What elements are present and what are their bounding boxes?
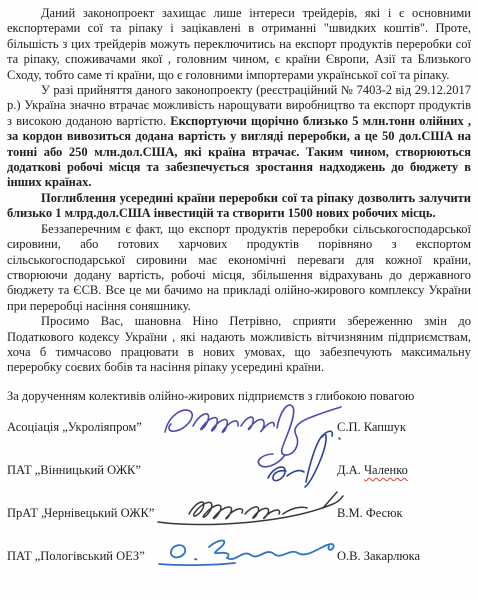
signer-surname: Капшук [364, 420, 406, 434]
paragraph: Поглиблення усередині країни переробки с… [7, 191, 471, 222]
paragraph: Просимо Вас, шановна Ніно Петрівно, спри… [7, 314, 471, 376]
handwritten-signature-chalenko-icon [260, 428, 348, 490]
signer-name: В.М. Фесюк [337, 506, 469, 521]
org-name: ПАТ „Пологівський ОЕЗ” [7, 549, 145, 564]
paragraph: Даний законопроект захищає лише інтереси… [7, 6, 471, 83]
document-page: Даний законопроект захищає лише інтереси… [0, 0, 478, 600]
text-run: Беззаперечним є факт, що експорт продукт… [7, 222, 471, 313]
signer-initials: О.В. [337, 549, 361, 563]
text-run: Даний законопроект захищає лише інтереси… [7, 6, 471, 82]
org-name: Асоціація „Укроліяпром” [7, 420, 142, 435]
org-name: ПАТ „Вінницький ОЖК” [7, 463, 141, 478]
paragraph: Беззаперечним є факт, що експорт продукт… [7, 222, 471, 314]
signer-surname: Закарлюка [364, 549, 420, 563]
org-name: ПрАТ „Чернівецький ОЖК” [7, 506, 154, 521]
signature-row-ukroliaprom: Асоціація „Укроліяпром” С.П. Капшук [7, 420, 469, 435]
signer-name: О.В. Закарлюка [337, 549, 469, 564]
signature-row-vinnytskyi: ПАТ „Вінницький ОЖК” Д.А. Чаленко [7, 463, 469, 478]
text-run: Просимо Вас, шановна Ніно Петрівно, спри… [7, 314, 471, 374]
closing-line: За дорученням колективів олійно-жирових … [7, 389, 471, 404]
signer-initials: Д.А. [337, 463, 361, 477]
signer-name: Д.А. Чаленко [337, 463, 469, 478]
paragraph: У разі прийняття даного законопроекту (р… [7, 83, 471, 191]
signer-initials: С.П. [337, 420, 361, 434]
signer-name: С.П. Капшук [337, 420, 469, 435]
signer-surname: Фесюк [366, 506, 403, 520]
letter-body: Даний законопроект захищає лише інтереси… [7, 6, 471, 376]
signer-surname: Чаленко [364, 463, 408, 477]
text-run: Поглиблення усередині країни переробки с… [7, 191, 471, 220]
signature-row-polohivskyi: ПАТ „Пологівський ОЕЗ” О.В. Закарлюка [7, 549, 469, 564]
signature-block: Асоціація „Укроліяпром” С.П. Капшук ПАТ … [7, 408, 471, 573]
signature-row-chernivetskyi: ПрАТ „Чернівецький ОЖК” В.М. Фесюк [7, 506, 469, 521]
signer-initials: В.М. [337, 506, 363, 520]
